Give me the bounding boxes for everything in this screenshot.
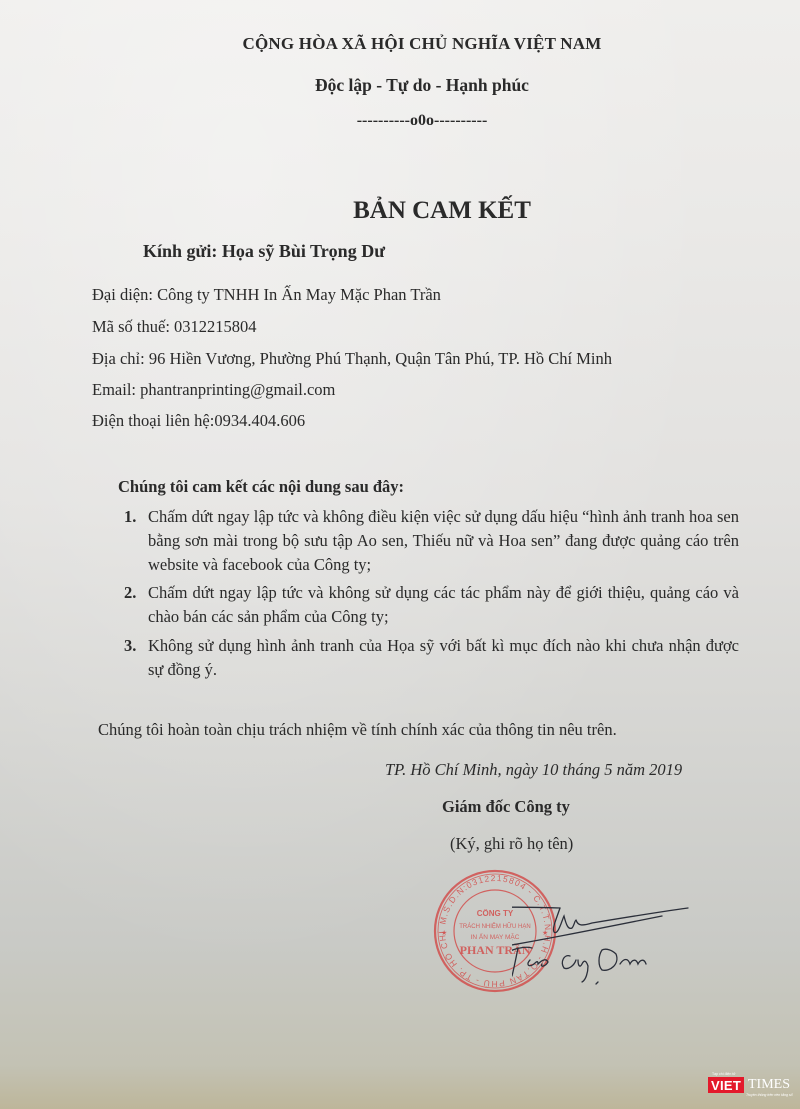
date-place-line: TP. Hồ Chí Minh, ngày 10 tháng 5 năm 201… [385, 760, 682, 780]
email-line: Email: phantranprinting@gmail.com [92, 380, 335, 400]
handwritten-signature-icon: Trần Công Đan [512, 898, 712, 988]
commitment-heading: Chúng tôi cam kết các nội dung sau đây: [118, 477, 404, 497]
viettimes-watermark: Tạp chí điện tử VIET TIMES Truyền thông … [706, 1072, 798, 1102]
national-motto: Độc lập - Tự do - Hạnh phúc [232, 75, 612, 96]
watermark-tagline: Tạp chí điện tử [712, 1072, 736, 1076]
commitment-text: Chấm dứt ngay lập tức và không sử dụng c… [148, 581, 739, 629]
commitment-text: Chấm dứt ngay lập tức và không điều kiện… [148, 505, 739, 577]
tax-code-line: Mã số thuế: 0312215804 [92, 317, 257, 337]
signer-title: Giám đốc Công ty [442, 797, 570, 817]
address-line: Địa chỉ: 96 Hiền Vương, Phường Phú Thạnh… [92, 349, 612, 369]
commitment-number: 3. [124, 634, 136, 658]
signer-note: (Ký, ghi rõ họ tên) [450, 834, 573, 854]
commitment-number: 2. [124, 581, 136, 605]
watermark-brand-times: TIMES [748, 1077, 790, 1093]
nation-heading: CỘNG HÒA XÃ HỘI CHỦ NGHĨA VIỆT NAM [232, 34, 612, 54]
watermark-slogan: Truyền thông trên nền tảng số [746, 1093, 793, 1097]
document-title: BẢN CAM KẾT [232, 197, 652, 225]
commitment-number: 1. [124, 505, 136, 529]
stamp-line: CÔNG TY [477, 909, 514, 918]
representative-line: Đại diện: Công ty TNHH In Ấn May Mặc Pha… [92, 285, 441, 305]
phone-line: Điện thoại liên hệ:0934.404.606 [92, 411, 305, 431]
commitment-item: 3. Không sử dụng hình ảnh tranh của Họa … [124, 634, 739, 682]
header-separator: ----------o0o---------- [232, 112, 612, 130]
commitment-text: Không sử dụng hình ảnh tranh của Họa sỹ … [148, 634, 739, 682]
svg-text:★: ★ [441, 929, 447, 937]
watermark-brand-viet: VIET [708, 1077, 744, 1093]
commitment-item: 1. Chấm dứt ngay lập tức và không điều k… [124, 505, 739, 577]
commitment-item: 2. Chấm dứt ngay lập tức và không sử dụn… [124, 581, 739, 629]
recipient-line: Kính gửi: Họa sỹ Bùi Trọng Dư [143, 241, 385, 262]
responsibility-statement: Chúng tôi hoàn toàn chịu trách nhiệm về … [98, 720, 617, 740]
